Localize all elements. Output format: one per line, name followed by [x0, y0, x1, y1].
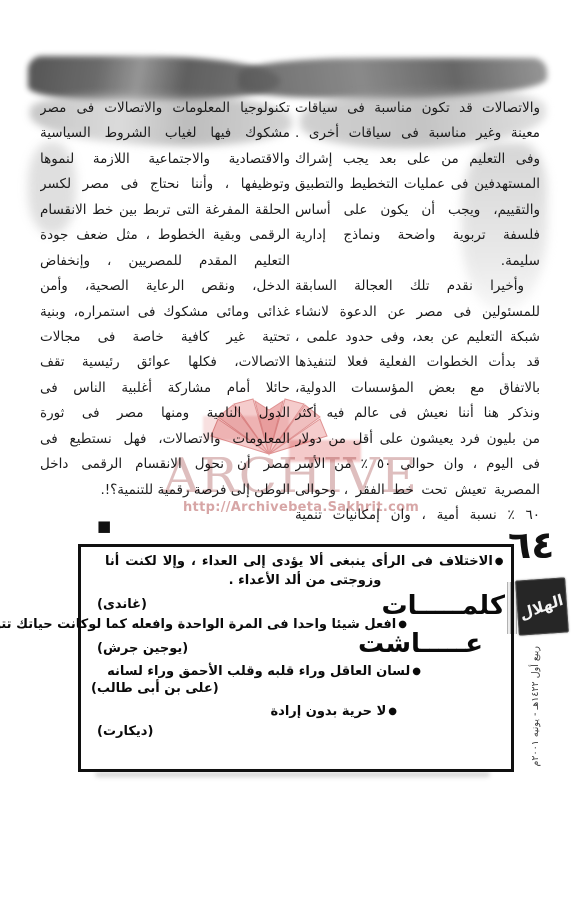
- article-text-line: بالاتفاق مع بعض المؤسسات الدولية،: [295, 376, 540, 401]
- article-text-line: ونذكر هنا أننا نعيش فى عالم فيه أكثر: [295, 401, 540, 426]
- article-text-line: تحتية غير كافية خاصة فى مجالات: [40, 325, 290, 350]
- bullet-icon: ●: [410, 666, 421, 677]
- scan-artifact: [95, 772, 490, 777]
- article-text-line: من بليون فرد يعيشون على أقل من دولار: [295, 427, 540, 452]
- article-text-line: تكنولوجيا المعلومات والاتصالات فى مصر: [40, 96, 290, 121]
- article-text-line: شبكة التعليم عن بعد، وفى حدود علمى ،: [295, 325, 540, 350]
- article-column-left: تكنولوجيا المعلومات والاتصالات فى مصر مش…: [40, 96, 290, 503]
- article-text-line: وفى التعليم من على بعد يجب إشراك: [295, 147, 540, 172]
- article-text-line: للمسئولين فى مصر عن الدعوة لانشاء: [295, 300, 540, 325]
- article-text-line: غذائى ومائى مشكوك فى استمراره، وبنية: [40, 300, 290, 325]
- page-number: ٦٤: [508, 524, 554, 566]
- article-text-line: الاتصالات، فكلها عوائق رئيسية تقف: [40, 350, 290, 375]
- quote-text: ●افعل شيئا واحدا فى المرة الواحدة وافعله…: [0, 617, 407, 632]
- article-text-line: والاقتصادية والاجتماعية اللازمة لنموها: [40, 147, 290, 172]
- article-text-line: المصرية تعيش تحت خط الفقر ، وحوالى: [295, 478, 540, 503]
- article-text-line: الحلقة المفرغة التى تربط بين خط الانقسام: [40, 198, 290, 223]
- quote-text-content: الاختلاف فى الرأى ينبغى ألا يؤدى إلى الع…: [105, 554, 493, 588]
- scan-artifact: [28, 56, 280, 100]
- bullet-icon: ●: [493, 556, 505, 567]
- scanned-magazine-page: والاتصالات قد تكون مناسبة فى سياقات معين…: [0, 0, 580, 924]
- article-text-line: مصر أن نحول الانقسام الرقمى داخل: [40, 452, 290, 477]
- article-text-line: فلسفة تربوية واضحة ونماذج إدارية: [295, 223, 540, 248]
- end-of-article-marker: ■: [97, 519, 111, 534]
- article-text-line: والتقييم، ويجب أن يكون على أساس: [295, 198, 540, 223]
- bullet-icon: ●: [386, 706, 397, 717]
- article-text-line: الدخل، ونقص الرعاية الصحية، وأمن: [40, 274, 290, 299]
- article-text-line: وتوظيفها ، وأننا نحتاج فى مصر لكسر: [40, 172, 290, 197]
- article-text-line: المستهدفين فى عمليات التخطيط والتطبيق: [295, 172, 540, 197]
- quote-text: ●لسان العاقل وراء قلبه وقلب الأحمق وراء …: [107, 664, 421, 679]
- quote-attribution: (يوجين جرش): [97, 641, 188, 656]
- quote-attribution: (ديكارت): [97, 724, 153, 739]
- article-text-line: والاتصالات قد تكون مناسبة فى سياقات: [295, 96, 540, 121]
- article-text-line: الدول النامية ومنها مصر فى ثورة: [40, 401, 290, 426]
- quote-text: ●الاختلاف فى الرأى ينبغى ألا يؤدى إلى ال…: [105, 552, 505, 590]
- article-text-line: قد بدأت الخطوات الفعلية فعلا لتنفيذها: [295, 350, 540, 375]
- quote-attribution: (غاندى): [97, 597, 147, 612]
- magazine-logo-text: الهلال: [519, 590, 566, 623]
- quote-attribution: (على بن أبى طالب): [91, 681, 219, 696]
- article-text-line: مشكوك فيها لغياب الشروط السياسية: [40, 121, 290, 146]
- article-column-right: والاتصالات قد تكون مناسبة فى سياقات معين…: [295, 96, 540, 528]
- article-text-line: المعلومات والاتصالات، فهل نستطيع فى: [40, 427, 290, 452]
- article-text-line: حائلا أمام مشاركة أغلبية الناس فى: [40, 376, 290, 401]
- issue-date-vertical: ربيع أول ١٤٢٢هـ - يونيه ٢٠٠١م: [530, 646, 542, 758]
- quote-box: ●الاختلاف فى الرأى ينبغى ألا يؤدى إلى ال…: [78, 544, 514, 772]
- article-text-line: فى اليوم ، وان حوالى ٥٠ ٪ من الأسر: [295, 452, 540, 477]
- quote-text: ●لا حرية بدون إرادة: [270, 704, 397, 719]
- quote-text-content: لا حرية بدون إرادة: [270, 704, 386, 719]
- quote-text-content: لسان العاقل وراء قلبه وقلب الأحمق وراء ل…: [107, 664, 410, 679]
- article-text-line: معينة وغير مناسبة فى سياقات أخرى .: [295, 121, 540, 146]
- quote-text-content: افعل شيئا واحدا فى المرة الواحدة وافعله …: [0, 617, 396, 632]
- article-text-line: ٦٠ ٪ نسبة أمية ، وان إمكانيات تنمية: [295, 503, 540, 528]
- article-text-line: الرقمى وبقية الخطوط ، مثل ضعف جودة: [40, 223, 290, 248]
- quote-box-title-line2: عـــــاشت: [358, 629, 483, 659]
- scan-artifact: [238, 58, 547, 98]
- article-text-line: الوطن إلى فرصة رقمية للتنمية؟!.: [40, 478, 290, 503]
- article-text-line: سليمة.: [295, 249, 540, 274]
- article-text-line: وأخيرا نقدم تلك العجالة السابقة: [295, 274, 540, 299]
- magazine-logo: الهلال: [515, 577, 569, 635]
- article-text-line: التعليم المقدم للمصريين ، وإنخفاض: [40, 249, 290, 274]
